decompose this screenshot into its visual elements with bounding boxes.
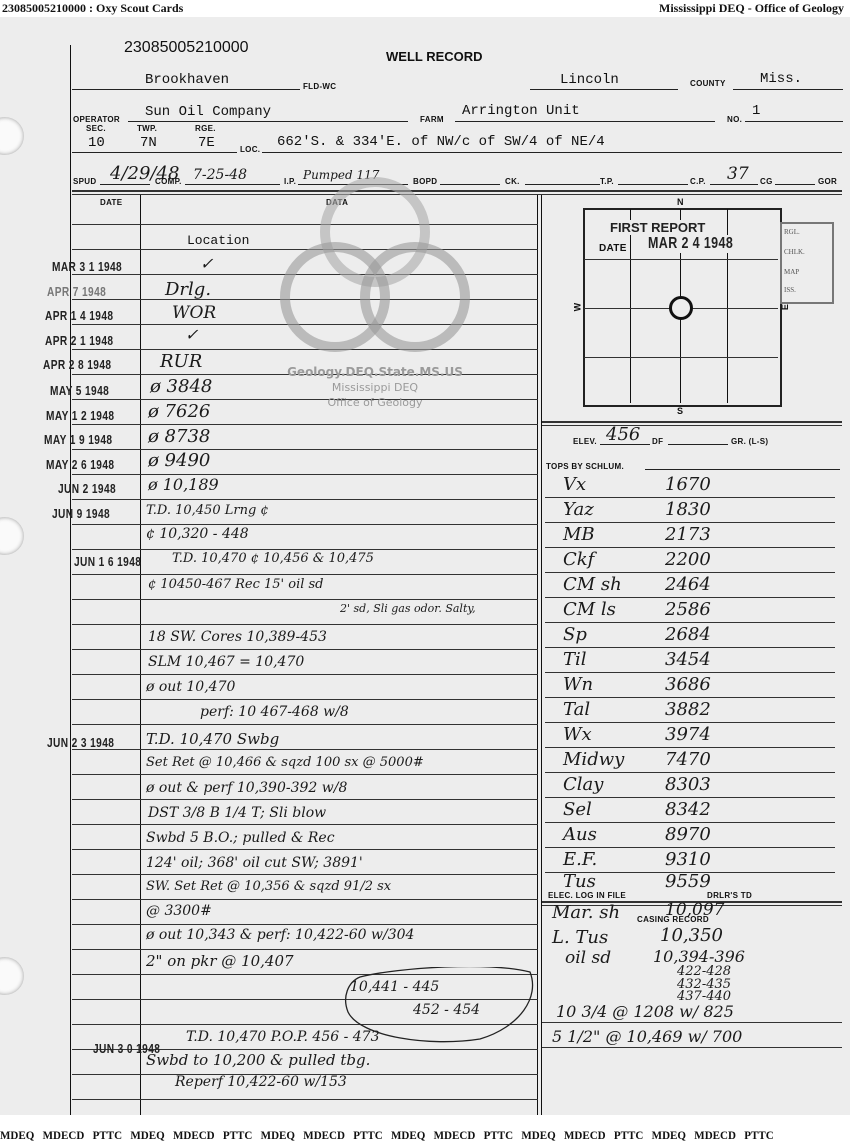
watermark-office: Office of Geology — [270, 396, 480, 409]
entry-text: Reperf 10,422-60 w/153 — [175, 1074, 347, 1090]
field-label: FLD-WC — [303, 82, 336, 91]
casing-record-label: CASING RECORD — [637, 915, 709, 924]
tops-row: Til3454 — [545, 647, 835, 673]
page-title: WELL RECORD — [386, 49, 483, 64]
elev-df-label: DF — [652, 437, 663, 446]
tops-row: Clay8303 — [545, 772, 835, 798]
stamp-iss: ISS. — [784, 286, 796, 294]
entry-text: Swbd 5 B.O.; pulled & Rec — [146, 830, 335, 846]
well-no-value: 1 — [752, 103, 760, 119]
entry-text: @ 3300# — [146, 903, 212, 919]
entry-text: 2' sd, Sli gas odor. Salty, — [340, 602, 476, 615]
casing-entry: 10 3/4 @ 1208 w/ 825 — [556, 1002, 734, 1021]
farm-label: FARM — [420, 115, 444, 124]
header-title-right: Mississippi DEQ - Office of Geology — [659, 0, 844, 16]
tops-row: Tal3882 — [545, 697, 835, 723]
post-top-name: Mar. sh — [552, 902, 620, 923]
entry-text: ø 7626 — [148, 401, 210, 422]
entry-text: SLM 10,467 = 10,470 — [148, 654, 304, 670]
tops-row: Ckf2200 — [545, 547, 835, 573]
watermark-org: Mississippi DEQ — [270, 381, 480, 394]
entry-text: SW. Set Ret @ 10,356 & sqzd 91/2 sx — [146, 879, 391, 894]
twp-label: TWP. — [137, 124, 157, 133]
north-label: N — [677, 197, 684, 207]
entry-date: JUN 9 1948 — [52, 506, 110, 521]
first-report-date: MAR 2 4 1948 — [648, 235, 733, 253]
mdeq-logo-icon — [275, 177, 475, 357]
entry-text: ø out & perf 10,390-392 w/8 — [146, 780, 347, 796]
tops-row: CM sh2464 — [545, 572, 835, 598]
header-title-left: 23085005210000 : Oxy Scout Cards — [2, 0, 183, 16]
south-label: S — [677, 406, 683, 416]
rge-value: 7E — [198, 135, 215, 151]
comp-value: 7-25-48 — [193, 167, 247, 183]
entry-text: ø 9490 — [148, 450, 210, 471]
entry-text: perf: 10 467-468 w/8 — [200, 704, 349, 720]
tops-row: Aus8970 — [545, 822, 835, 848]
tops-row: Yaz1830 — [545, 497, 835, 523]
tops-by-schlum-label: TOPS BY SCHLUM. — [546, 462, 624, 471]
county-value: Lincoln — [560, 72, 619, 88]
tops-row: Wn3686 — [545, 672, 835, 698]
operator-value: Sun Oil Company — [145, 104, 271, 120]
page-header: 23085005210000 : Oxy Scout Cards Mississ… — [0, 0, 850, 16]
circled-perfs-icon — [340, 967, 540, 1047]
well-no-label: NO. — [727, 115, 742, 124]
tops-row: Vx1670 — [545, 472, 835, 498]
post-top-name: L. Tus — [552, 927, 608, 948]
stamp-rgl: RGL. — [784, 228, 800, 236]
entry-text: ✓ — [185, 325, 198, 344]
cp-value: 37 — [727, 164, 749, 184]
location-heading: Location — [187, 233, 249, 248]
card-left-border — [70, 45, 71, 1115]
entry-date: JUN 1 6 1948 — [74, 554, 141, 569]
tops-row: Wx3974 — [545, 722, 835, 748]
entry-text: ø 10,189 — [148, 475, 219, 494]
entry-date: MAY 5 1948 — [50, 383, 109, 398]
tops-row: MB2173 — [545, 522, 835, 548]
entry-text: WOR — [172, 303, 216, 323]
stamp-map: MAP — [784, 268, 799, 276]
first-report-date-label: DATE — [599, 243, 627, 254]
entry-text: ø 3848 — [150, 376, 212, 397]
casing-entry: 5 1/2" @ 10,469 w/ 700 — [552, 1027, 742, 1046]
entry-date: APR 2 1 1948 — [45, 333, 113, 348]
entry-text: 2" on pkr @ 10,407 — [146, 952, 294, 970]
entry-text: ¢ 10,320 - 448 — [146, 526, 249, 542]
entry-text: T.D. 10,450 Lrng ¢ — [146, 503, 269, 518]
tops-row: Sel8342 — [545, 797, 835, 823]
field-value: Brookhaven — [145, 72, 229, 88]
tops-row: Sp2684 — [545, 622, 835, 648]
oil-sd-label: oil sd — [565, 948, 611, 968]
entry-text: ø out 10,470 — [146, 679, 235, 695]
first-report-stamp: FIRST REPORT — [610, 220, 705, 235]
entry-text: T.D. 10,470 Swbg — [146, 730, 279, 748]
entry-date: APR 7 1948 — [47, 284, 106, 299]
api-number: 23085005210000 — [124, 39, 249, 57]
elev-label: ELEV. — [573, 437, 597, 446]
post-top-depth: 10,350 — [660, 925, 723, 946]
entry-date: JUN 2 3 1948 — [47, 735, 114, 750]
entry-date: APR 2 8 1948 — [43, 357, 111, 372]
east-label: E — [780, 304, 790, 310]
well-record-card: 23085005210000 WELL RECORD Brookhaven FL… — [0, 17, 850, 1115]
loc-label: LOC. — [240, 145, 260, 154]
date-column-header: DATE — [100, 198, 122, 207]
stamp-chlk: CHLK. — [784, 248, 805, 256]
watermark-url: Geology.DEQ.State.MS.US — [270, 365, 480, 379]
entry-date: MAY 2 6 1948 — [46, 457, 114, 472]
entry-date: JUN 2 1948 — [58, 481, 116, 496]
entry-text: T.D. 10,470 ¢ 10,456 & 10,475 — [172, 551, 374, 566]
entry-date: MAY 1 2 1948 — [46, 408, 114, 423]
twp-value: 7N — [140, 135, 157, 151]
cg-label: CG — [760, 177, 773, 186]
comp-label: COMP. — [155, 177, 182, 186]
entry-date: MAR 3 1 1948 — [52, 259, 122, 274]
entry-text: ø 8738 — [148, 426, 210, 447]
rge-label: RGE. — [195, 124, 216, 133]
well-location-marker-icon — [669, 296, 693, 320]
entry-text: ¢ 10450-467 Rec 15' oil sd — [148, 577, 324, 592]
farm-value: Arrington Unit — [462, 103, 580, 119]
sec-value: 10 — [88, 135, 105, 151]
elec-log-label: ELEC. LOG IN FILE — [548, 891, 626, 900]
entry-text: ø out 10,343 & perf: 10,422-60 w/304 — [146, 927, 414, 943]
entry-text: ✓ — [200, 254, 213, 273]
sec-label: SEC. — [86, 124, 106, 133]
entry-text: 18 SW. Cores 10,389-453 — [148, 629, 327, 645]
entry-text: Drlg. — [165, 279, 211, 300]
entry-text: 124' oil; 368' oil cut SW; 3891' — [146, 855, 363, 871]
punch-hole-icon — [0, 117, 24, 155]
spud-label: SPUD — [73, 177, 96, 186]
elev-gr-label: GR. (L-S) — [731, 437, 768, 446]
entry-text: RUR — [160, 351, 202, 372]
entry-text: Set Ret @ 10,466 & sqzd 100 sx @ 5000# — [146, 755, 424, 770]
elev-value: 456 — [606, 424, 640, 445]
tops-row: CM ls2586 — [545, 597, 835, 623]
page-footer: MDEQ MDECD PTTC MDEQ MDECD PTTC MDEQ MDE… — [0, 1126, 782, 1144]
entry-text: DST 3/8 B 1/4 T; Sli blow — [148, 805, 326, 821]
west-label: W — [572, 303, 582, 312]
tops-row: Midwy7470 — [545, 747, 835, 773]
punch-hole-icon — [0, 517, 24, 555]
routing-stamp: RGL. CHLK. MAP ISS. — [780, 222, 834, 304]
cp-label: C.P. — [690, 177, 706, 186]
operator-label: OPERATOR — [73, 115, 120, 124]
county-label: COUNTY — [690, 79, 726, 88]
entry-text: Swbd to 10,200 & pulled tbg. — [146, 1051, 370, 1069]
entry-date: MAY 1 9 1948 — [44, 432, 112, 447]
entry-date: APR 1 4 1948 — [45, 308, 113, 323]
tp-label: T.P. — [600, 177, 614, 186]
drlr-td-label: DRLR'S TD — [707, 891, 752, 900]
loc-value: 662'S. & 334'E. of NW/c of SW/4 of NE/4 — [277, 134, 605, 150]
punch-hole-icon — [0, 957, 24, 995]
state-value: Miss. — [760, 71, 802, 87]
gor-label: GOR — [818, 177, 837, 186]
ck-label: CK. — [505, 177, 520, 186]
